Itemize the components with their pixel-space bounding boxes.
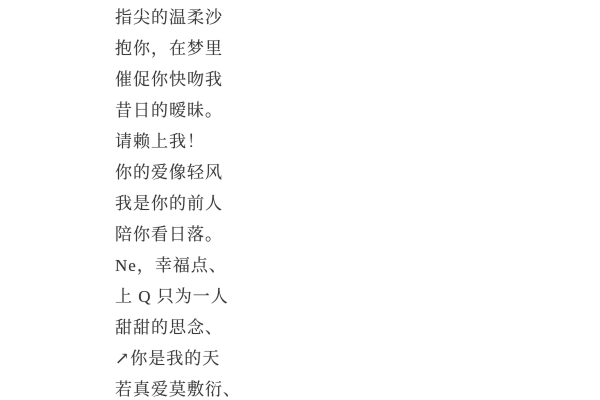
text-line: 我是你的前人 <box>115 188 415 219</box>
text-line: 请赖上我！ <box>115 126 415 157</box>
text-line: Ne，幸福点、 <box>115 250 415 281</box>
text-line: 你的爱像轻风 <box>115 157 415 188</box>
text-line: 催促你快吻我 <box>115 64 415 95</box>
text-line: 陪你看日落。 <box>115 219 415 250</box>
text-line: 昔日的暧昧。 <box>115 95 415 126</box>
text-line: 抱你，在梦里 <box>115 33 415 64</box>
text-line: ↗你是我的天 <box>115 343 415 374</box>
text-line: 若真爱莫敷衍、 <box>115 374 415 400</box>
text-line: 指尖的温柔沙 <box>115 2 415 33</box>
text-document: 指尖的温柔沙 抱你，在梦里 催促你快吻我 昔日的暧昧。 请赖上我！ 你的爱像轻风… <box>115 2 415 400</box>
text-line: 上 Q 只为一人 <box>115 281 415 312</box>
page-canvas: 指尖的温柔沙 抱你，在梦里 催促你快吻我 昔日的暧昧。 请赖上我！ 你的爱像轻风… <box>0 0 600 400</box>
text-line: 甜甜的思念、 <box>115 312 415 343</box>
